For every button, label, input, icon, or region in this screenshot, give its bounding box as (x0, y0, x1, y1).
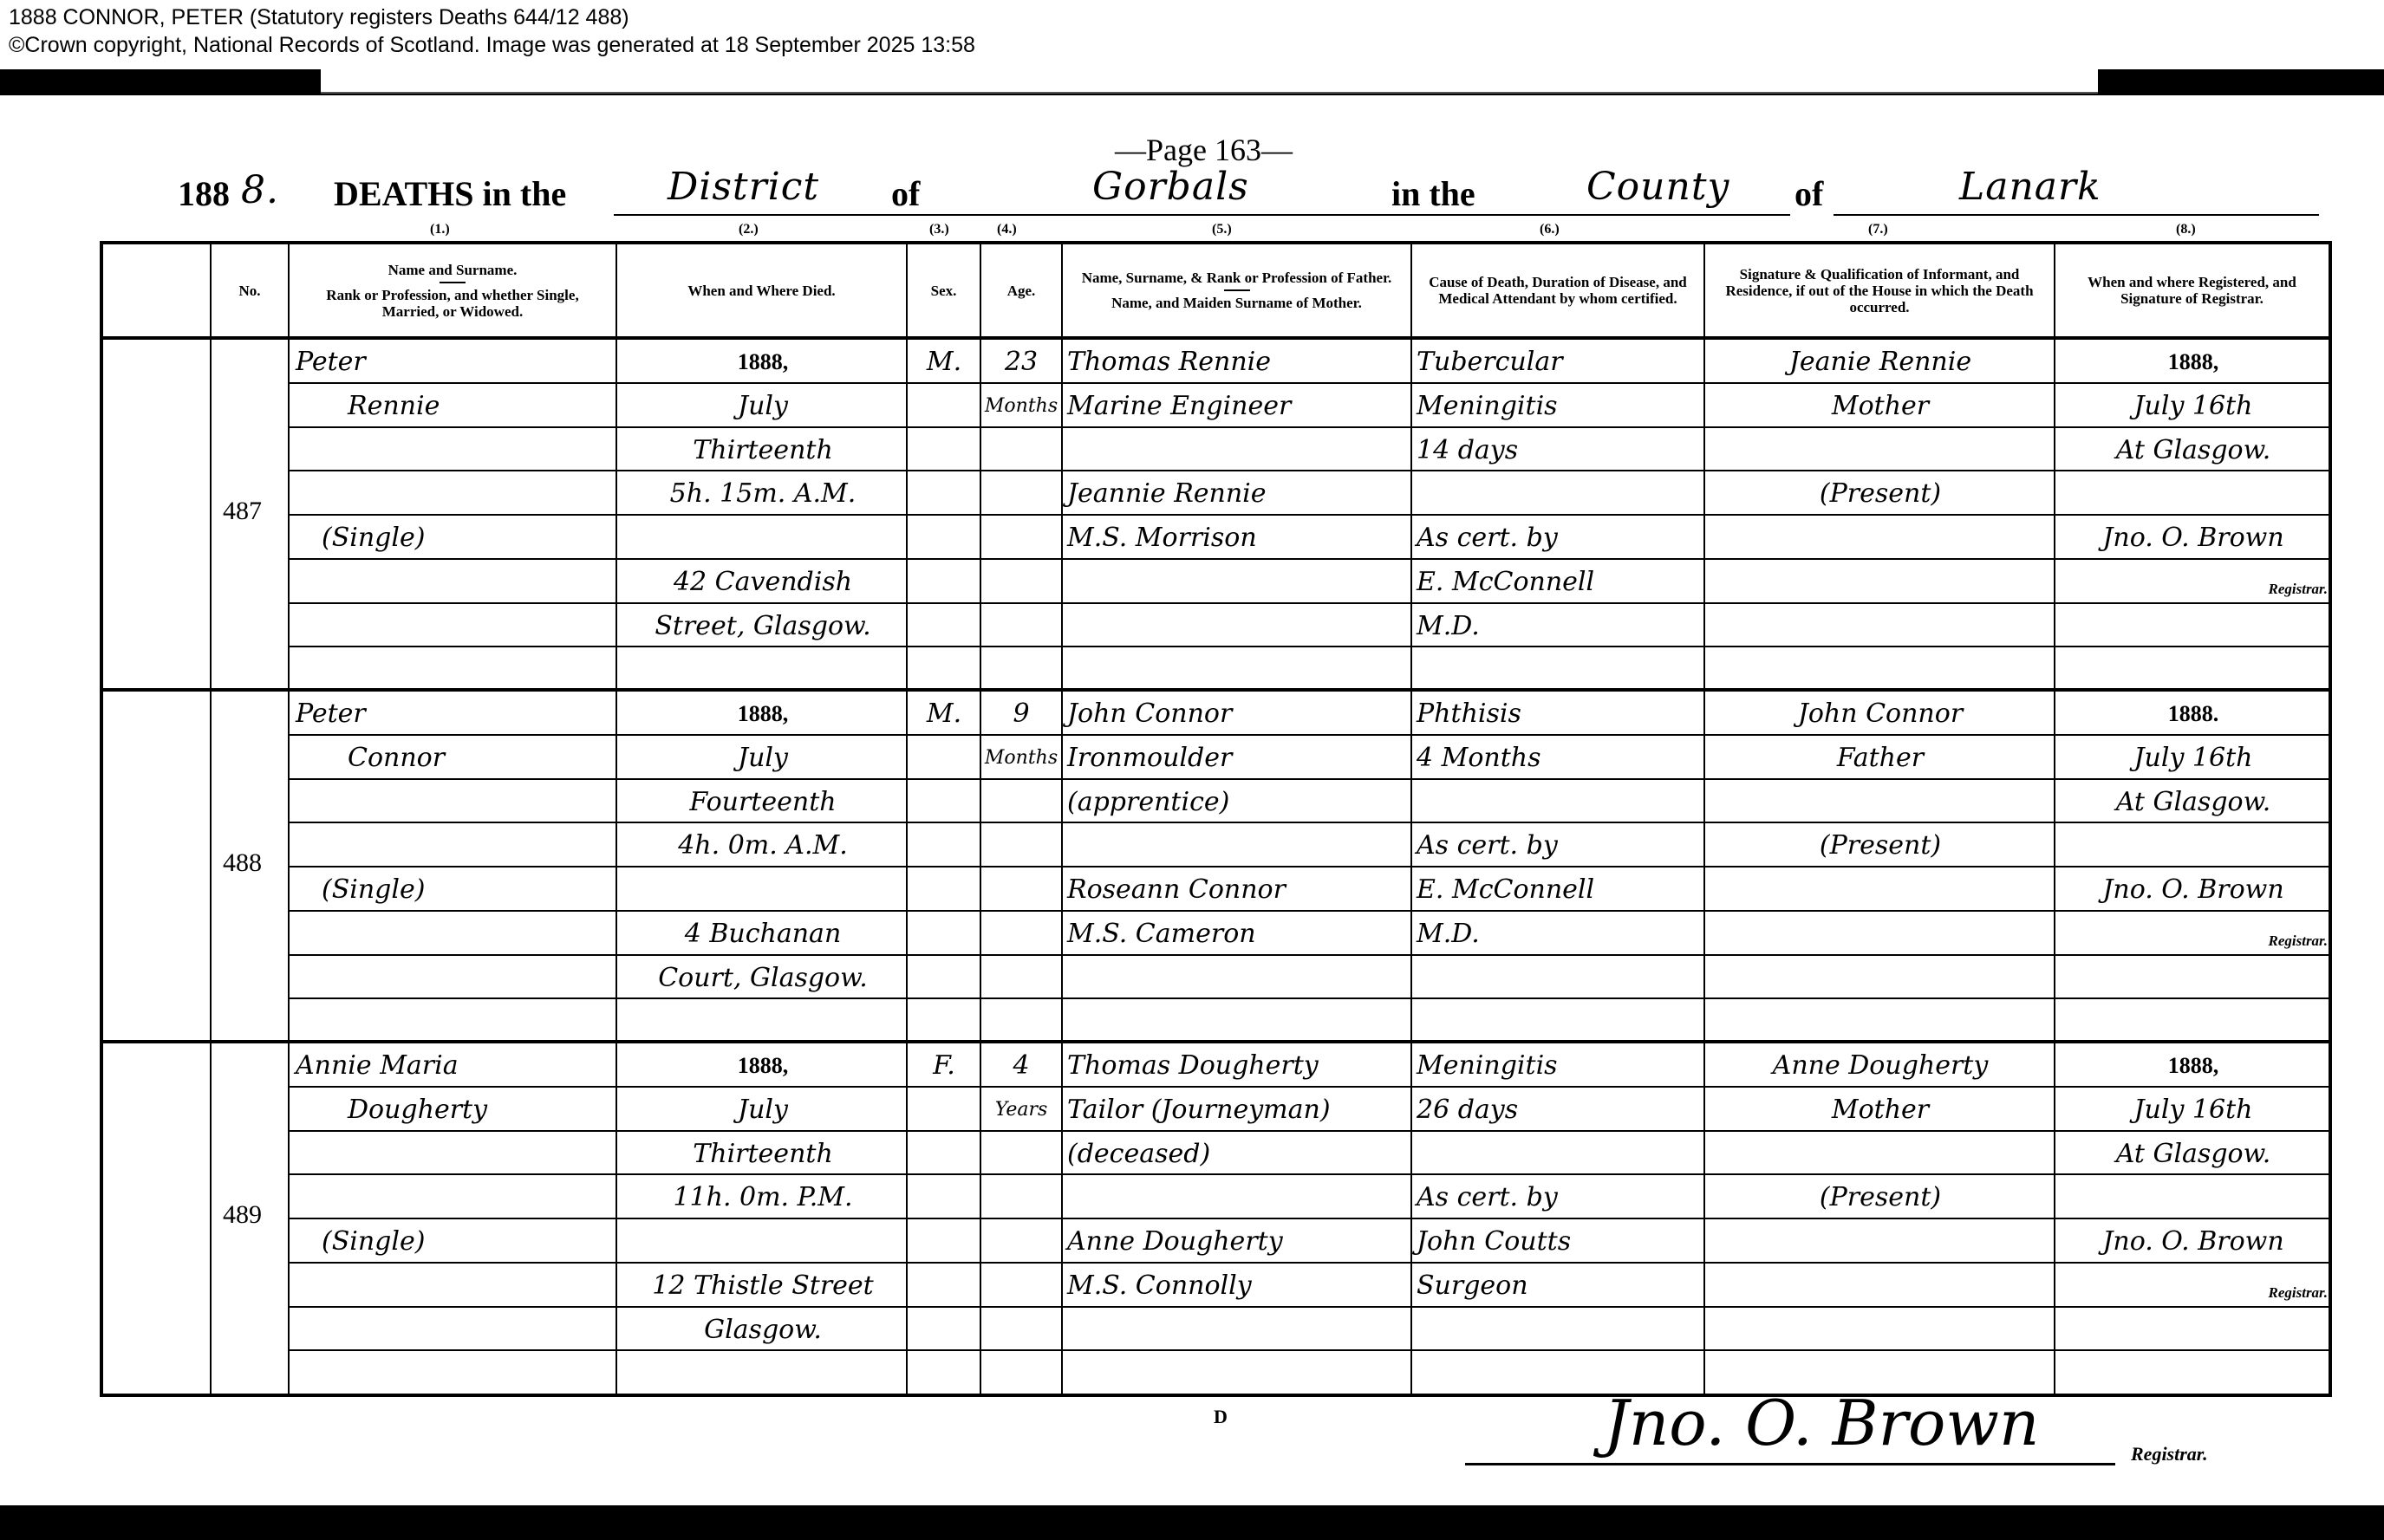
scan-border-top (0, 69, 2384, 95)
when-where-line: July (623, 1093, 902, 1127)
name-line: Rennie (296, 389, 664, 424)
row-rule (103, 688, 2329, 692)
row-rule (288, 1218, 2329, 1219)
deaths-label: DEATHS in the (334, 173, 566, 214)
header-informant: Signature & Qualification of Informant, … (1705, 244, 2054, 336)
row-rule (288, 426, 2329, 428)
parents-line: Jeannie Rennie (1067, 477, 1407, 511)
when-where-line: Glasgow. (623, 1313, 902, 1348)
registrar-signature: Jno. O. Brown (1604, 1387, 2039, 1459)
row-rule (288, 1262, 2329, 1264)
registered-line: Jno. O. Brown (2059, 873, 2328, 907)
of-label-1: of (891, 173, 920, 214)
parents-line: (deceased) (1067, 1137, 1407, 1172)
row-rule (288, 514, 2329, 516)
row-rule (288, 470, 2329, 471)
row-rule (288, 866, 2329, 867)
row-rule (288, 997, 2329, 999)
col-number-4: (4.) (997, 222, 1017, 237)
entry-number: 487 (223, 497, 262, 526)
parents-line: Ironmoulder (1067, 741, 1407, 776)
cause-line: M.D. (1417, 609, 1701, 644)
of-label-2: of (1795, 173, 1823, 214)
when-where-line: 4 Buchanan (623, 917, 902, 952)
when-where-line: 1888, (623, 1049, 902, 1083)
name-line: (Single) (296, 873, 638, 907)
when-where-line: Court, Glasgow. (623, 961, 902, 996)
registered-line: July 16th (2059, 1093, 2328, 1127)
when-where-line: Thirteenth (623, 433, 902, 468)
parents-line: M.S. Morrison (1067, 521, 1407, 556)
informant-line: Mother (1709, 1093, 2052, 1127)
parents-line: Roseann Connor (1067, 873, 1407, 907)
registered-line: July 16th (2059, 741, 2328, 776)
entry-number: 489 (223, 1200, 262, 1230)
parents-line: (apprentice) (1067, 785, 1407, 820)
registered-line: At Glasgow. (2059, 1137, 2328, 1172)
name-line: Dougherty (296, 1093, 664, 1127)
name-line: Annie Maria (296, 1049, 612, 1083)
col-number-5: (5.) (1212, 222, 1232, 237)
registered-line: 1888, (2059, 1049, 2328, 1083)
age-value: Months (981, 389, 1061, 424)
informant-line: Anne Dougherty (1709, 1049, 2052, 1083)
when-where-line: 11h. 0m. P.M. (623, 1180, 902, 1215)
header-cause: Cause of Death, Duration of Disease, and… (1412, 244, 1703, 336)
registrar-label: Registrar. (2131, 1443, 2208, 1465)
when-where-line: Thirteenth (623, 1137, 902, 1172)
in-the-label: in the (1391, 173, 1475, 214)
row-rule (288, 778, 2329, 780)
informant-line: (Present) (1709, 477, 2052, 511)
name-line: Peter (296, 345, 612, 380)
cause-line: As cert. by (1417, 828, 1701, 863)
year-prefix: 188 (178, 173, 230, 214)
signature-line (1465, 1463, 2115, 1465)
cause-line: 14 days (1417, 433, 1701, 468)
cause-line: E. McConnell (1417, 873, 1701, 907)
informant-line: Father (1709, 741, 2052, 776)
sex-value: M. (909, 345, 979, 380)
death-register-table: No. Name and Surname.Rank or Profession,… (100, 241, 2332, 1397)
row-rule (288, 822, 2329, 823)
age-value: 9 (981, 697, 1061, 731)
row-rule (288, 1306, 2329, 1308)
col-number-1: (1.) (430, 222, 450, 237)
row-rule (288, 1086, 2329, 1088)
age-value: 23 (981, 345, 1061, 380)
parents-line: Marine Engineer (1067, 389, 1407, 424)
cause-line: As cert. by (1417, 1180, 1701, 1215)
copyright-notice: ©Crown copyright, National Records of Sc… (9, 33, 975, 58)
registered-line: Registrar. (2059, 1284, 2328, 1302)
row-rule (288, 646, 2329, 647)
row-rule (288, 954, 2329, 956)
cause-line: Surgeon (1417, 1269, 1701, 1303)
parents-line: M.S. Connolly (1067, 1269, 1407, 1303)
col-number-6: (6.) (1540, 222, 1560, 237)
parents-line: Anne Dougherty (1067, 1225, 1407, 1259)
cause-line: M.D. (1417, 917, 1701, 952)
when-where-line: Street, Glasgow. (623, 609, 902, 644)
cause-line: 26 days (1417, 1093, 1701, 1127)
cause-line: 4 Months (1417, 741, 1701, 776)
row-rule (288, 382, 2329, 384)
page-mark: D (1214, 1406, 1228, 1428)
year-suffix: 8. (241, 168, 279, 212)
header-when-where: When and Where Died. (617, 244, 906, 336)
registered-line: Jno. O. Brown (2059, 521, 2328, 556)
row-rule (288, 558, 2329, 560)
when-where-line: 42 Cavendish (623, 565, 902, 600)
name-line: Connor (296, 741, 664, 776)
header-registered: When and where Registered, and Signature… (2055, 244, 2329, 336)
sex-value: F. (909, 1049, 979, 1083)
when-where-line: 4h. 0m. A.M. (623, 828, 902, 863)
record-title: 1888 CONNOR, PETER (Statutory registers … (9, 5, 629, 30)
header-age: Age. (981, 244, 1061, 336)
when-where-line: July (623, 389, 902, 424)
age-value: 4 (981, 1049, 1061, 1083)
row-rule (288, 1349, 2329, 1351)
district-type: District (668, 165, 819, 209)
parents-line: Tailor (Journeyman) (1067, 1093, 1407, 1127)
header-sex: Sex. (908, 244, 980, 336)
row-rule (103, 1040, 2329, 1043)
cause-line: Meningitis (1417, 389, 1701, 424)
informant-line: John Connor (1709, 697, 2052, 731)
when-where-line: 1888, (623, 697, 902, 731)
scan-border-bottom (0, 1505, 2384, 1540)
informant-line: Jeanie Rennie (1709, 345, 2052, 380)
row-rule (288, 910, 2329, 912)
parents-line: Thomas Rennie (1067, 345, 1407, 380)
cause-line: Phthisis (1417, 697, 1701, 731)
informant-line: (Present) (1709, 828, 2052, 863)
header-no: No. (212, 244, 288, 336)
entry-number: 488 (223, 848, 262, 878)
register-title: 188 8. DEATHS in the District of Gorbals… (173, 160, 2323, 221)
row-rule (288, 1173, 2329, 1175)
col-number-8: (8.) (2176, 222, 2196, 237)
informant-line: (Present) (1709, 1180, 2052, 1215)
registered-line: July 16th (2059, 389, 2328, 424)
header-parents: Name, Surname, & Rank or Profession of F… (1063, 244, 1410, 336)
header-name: Name and Surname.Rank or Profession, and… (290, 244, 616, 336)
name-line: (Single) (296, 521, 638, 556)
when-where-line: 5h. 15m. A.M. (623, 477, 902, 511)
when-where-line: Fourteenth (623, 785, 902, 820)
informant-line: Mother (1709, 389, 2052, 424)
registered-line: 1888. (2059, 697, 2328, 731)
parents-line: Thomas Dougherty (1067, 1049, 1407, 1083)
county-type: County (1586, 165, 1729, 209)
registered-line: 1888, (2059, 345, 2328, 380)
cause-line: Tubercular (1417, 345, 1701, 380)
name-line: (Single) (296, 1225, 638, 1259)
col-number-3: (3.) (929, 222, 949, 237)
registered-line: Jno. O. Brown (2059, 1225, 2328, 1259)
row-rule (288, 734, 2329, 736)
registered-line: At Glasgow. (2059, 433, 2328, 468)
sex-value: M. (909, 697, 979, 731)
registered-line: Registrar. (2059, 932, 2328, 950)
when-where-line: 12 Thistle Street (623, 1269, 902, 1303)
registered-line: At Glasgow. (2059, 785, 2328, 820)
row-rule (288, 602, 2329, 604)
row-rule (288, 1130, 2329, 1132)
age-value: Years (981, 1093, 1061, 1127)
district-name: Gorbals (1092, 165, 1249, 209)
cause-line: As cert. by (1417, 521, 1701, 556)
parents-line: M.S. Cameron (1067, 917, 1407, 952)
parents-line: John Connor (1067, 697, 1407, 731)
name-line: Peter (296, 697, 612, 731)
when-where-line: July (623, 741, 902, 776)
county-name: Lanark (1959, 165, 2101, 209)
cause-line: E. McConnell (1417, 565, 1701, 600)
age-value: Months (981, 741, 1061, 776)
when-where-line: 1888, (623, 345, 902, 380)
cause-line: Meningitis (1417, 1049, 1701, 1083)
col-number-7: (7.) (1868, 222, 1888, 237)
cause-line: John Coutts (1417, 1225, 1701, 1259)
col-number-2: (2.) (739, 222, 759, 237)
registered-line: Registrar. (2059, 581, 2328, 598)
